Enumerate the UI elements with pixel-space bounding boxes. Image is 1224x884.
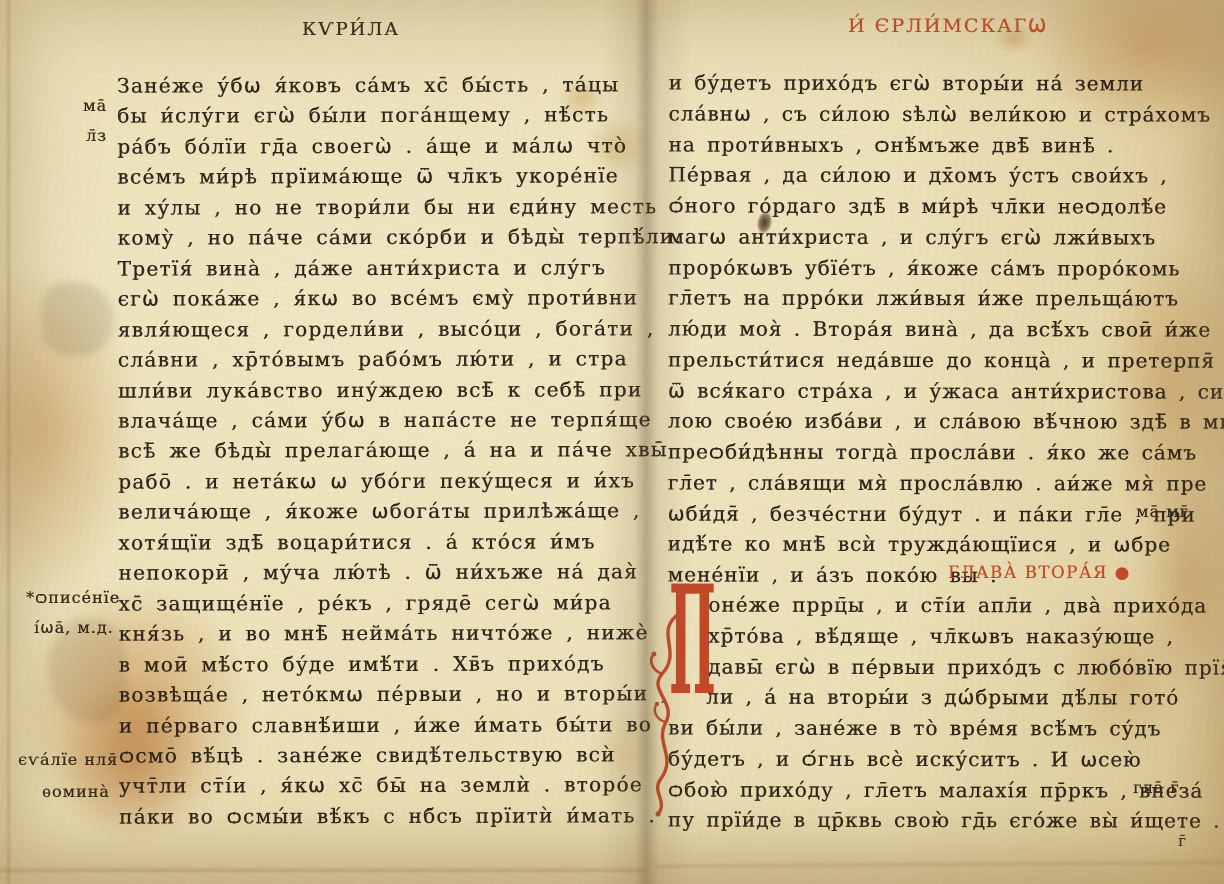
ink-showthrough [42, 282, 114, 356]
text-line: и пе́рваго славнѣ́иши , и́же и́мать бы́т… [119, 709, 624, 741]
text-line: ли , а́ на вторы́и з дѡ́брыми дѣ́лы гото… [668, 682, 1143, 714]
text-line: возвѣща́е , нето́кмѡ пе́рвыи , но и втор… [119, 678, 624, 710]
text-line: оне́же пррц̄ы , и ст̄і́и апл̄и , два̀ пр… [668, 590, 1143, 622]
text-line: бу́детъ , и ѻ́гнь всѐ иску́ситъ . И ѡсею… [668, 743, 1143, 775]
text-line: ви бы́ли , зане́же в то̀ вре́мя всѣ́мъ с… [668, 713, 1143, 745]
margin-note: і́ѡа̄, м.д. [34, 618, 114, 637]
text-line: гл̄ет , сла́вящи мя̀ просла́влю . аи́же … [668, 467, 1143, 499]
text-line: все́мъ ми́рѣ прїима́юще ѿ чл̄къ укоре́нї… [117, 161, 622, 193]
text-line: па́ки во ѻсмы́и вѣ́къ с нб̄съ прїитѝ и́м… [119, 800, 624, 832]
text-line: пу прїи́де в цр̄квь свою̀ гд̄ь єго́же вы… [668, 805, 1143, 837]
text-line: ра́бъ бо́лїи гд̄а своегѡ̀ . а́ще и ма́лѡ… [117, 130, 622, 162]
text-line: лю́ди моя̀ . Втора́я вина̀ , да всѣ́хъ с… [668, 314, 1143, 346]
chapter-heading: ГЛАВА̀ ВТОРА́Я ● [948, 563, 1131, 582]
text-line: хр̄то́ва , вѣ́дяще , чл̄кѡвъ наказу́юще … [668, 620, 1143, 652]
text-line: идѣ́те ко мнѣ̄ всѝ тружда́ющїися , и ѡбр… [668, 529, 1143, 561]
text-line: явля́ющеся , гордели́ви , высо́ци , бога… [118, 313, 623, 345]
text-line: преѻби́дѣнны тогда̀ просла́ви . я́ко же … [668, 437, 1143, 469]
right-page-text-block: и бу́детъ прихо́дъ єгѡ̀ вторы́и на́ земл… [667, 68, 1143, 592]
text-line: непокорӣ , му́ча лю́тѣ . ѿ ни́хъже на́ д… [118, 557, 623, 589]
margin-note: *ѻписе́нїе [26, 588, 120, 607]
text-line: магѡ анти́христа , и слу́гъ єгѡ̀ лжи́вых… [668, 221, 1143, 253]
text-line: єгѡ̀ пока́же , я́кѡ во все́мъ єму̀ проти… [118, 283, 623, 315]
text-line: в моӣ мѣ́сто бу́де имѣ́ти . Хв̄ъ прихо́д… [119, 648, 624, 680]
running-header-right: И́ ЄРЛИ́МСКАГѠ [848, 15, 1048, 37]
text-line: Третїя́ вина̀ , да́же анти́христа и слу́… [117, 252, 622, 284]
text-line: всѣ̄ же бѣды̀ прелага́юще , а́ на и па́ч… [118, 435, 623, 467]
text-line: Зане́же у́бѡ я́ковъ са́мъ хс̄ бы́сть , т… [117, 69, 622, 101]
text-line: лою свое́ю изба́ви , и сла́вою вѣ́чною з… [668, 406, 1143, 438]
margin-note: єѵа́лїе нля̄ [18, 750, 118, 769]
text-line: Пе́рвая , да си́лою и дх̄омъ у́стъ свои́… [668, 160, 1143, 192]
text-line: сла́внѡ , съ си́лою ѕѣлѡ̀ вели́кою и стр… [668, 98, 1143, 130]
margin-note: ѳомина̀ [42, 782, 110, 801]
text-line: учт̄ли ст̄і́и , я́кѡ хс̄ бы̄ на землѝ . … [119, 770, 624, 802]
text-line: хотя́щїи здѣ̄ воцари́тися . а́ кто́ся и́… [118, 526, 623, 558]
left-page-text-block: Зане́же у́бѡ я́ковъ са́мъ хс̄ бы́сть , т… [117, 69, 624, 832]
text-line: кня́зь , и во мнѣ̄ нейма́ть ничто́же , н… [118, 617, 623, 649]
text-line: хс̄ защище́нїе , ре́къ , гряде̄ сегѡ̀ ми… [118, 587, 623, 619]
page-edge [7, 0, 10, 884]
text-line: шли́ви лука́вство ину́ждею всѣ̄ к себѣ̄ … [118, 374, 623, 406]
margin-note: ма̄ мг̄ [1136, 502, 1189, 521]
text-line: ѿ вся́каго стра́ха , и у́жаса анти́христ… [668, 375, 1143, 407]
text-line: давы̄ єгѡ̀ в пе́рвыи прихо́дъ с любо́вїю… [668, 651, 1143, 683]
margin-note: ма̄ [83, 96, 107, 115]
text-line: ѻ́ного го́рдаго здѣ̄ в ми́рѣ чл̄ки неѻдо… [668, 191, 1143, 223]
text-line: гл̄етъ на прро́ки лжи́выя и́же прельща́ю… [668, 283, 1143, 315]
text-line: бы и́слу́ги єгѡ̀ бы́ли пога́нщему , нѣ́с… [117, 100, 622, 132]
text-line: ѡби́дя̄ , безче́стни бу́дут . и па́ки гл… [668, 498, 1143, 530]
text-line: и ху́лы , но не твори́ли бы ни єди́ну ме… [117, 191, 622, 223]
running-header-left: КѴРИ́ЛА [302, 19, 400, 40]
text-line: на проти́вныхъ , ѻнѣ́мъже двѣ̄ винѣ̄ . [668, 129, 1143, 161]
text-line: прельсти́тися неда́вше до конца̀ , и пре… [668, 344, 1143, 376]
text-line: сла́вни , хр̄то́вымъ рабо́мъ лю́ти , и с… [118, 343, 623, 375]
margin-note: л̄з [86, 126, 107, 145]
page-edge [655, 859, 1224, 867]
text-line: велича́юще , я́коже ѡбога́ты прилѣжа́ще … [118, 496, 623, 528]
text-line: кому̀ , но па́че са́ми ско́рби и бѣды̀ т… [117, 222, 622, 254]
text-line: рабо̄ . и нета́кѡ ѡ убо́ги пеку́щеся и и… [118, 465, 623, 497]
text-line: проро́кѡвъ убїе́тъ , я́коже са́мъ проро́… [668, 252, 1143, 284]
right-page-chapter-text-block: оне́же пррц̄ы , и ст̄і́и апл̄и , два̀ пр… [668, 590, 1144, 837]
text-line: влача́ще , са́ми у́бѡ в напа́сте не терп… [118, 404, 623, 436]
text-line: ѻсмо̄ вѣ́цѣ . зане́же свидѣ́тельствую вс… [119, 739, 624, 771]
text-line: ѻбою̀ прихо́ду , гл̄етъ малахі́я пр̄ркъ … [668, 774, 1143, 806]
page-edge [0, 867, 645, 872]
book-scan: КѴРИ́ЛА И́ ЄРЛИ́МСКАГѠ Зане́же у́бѡ я́ко… [0, 0, 1224, 884]
quire-signature: г̄ [1178, 832, 1187, 850]
text-line: и бу́детъ прихо́дъ єгѡ̀ вторы́и на́ земл… [668, 68, 1143, 100]
margin-note: гла̄ г̄ [1133, 778, 1180, 797]
